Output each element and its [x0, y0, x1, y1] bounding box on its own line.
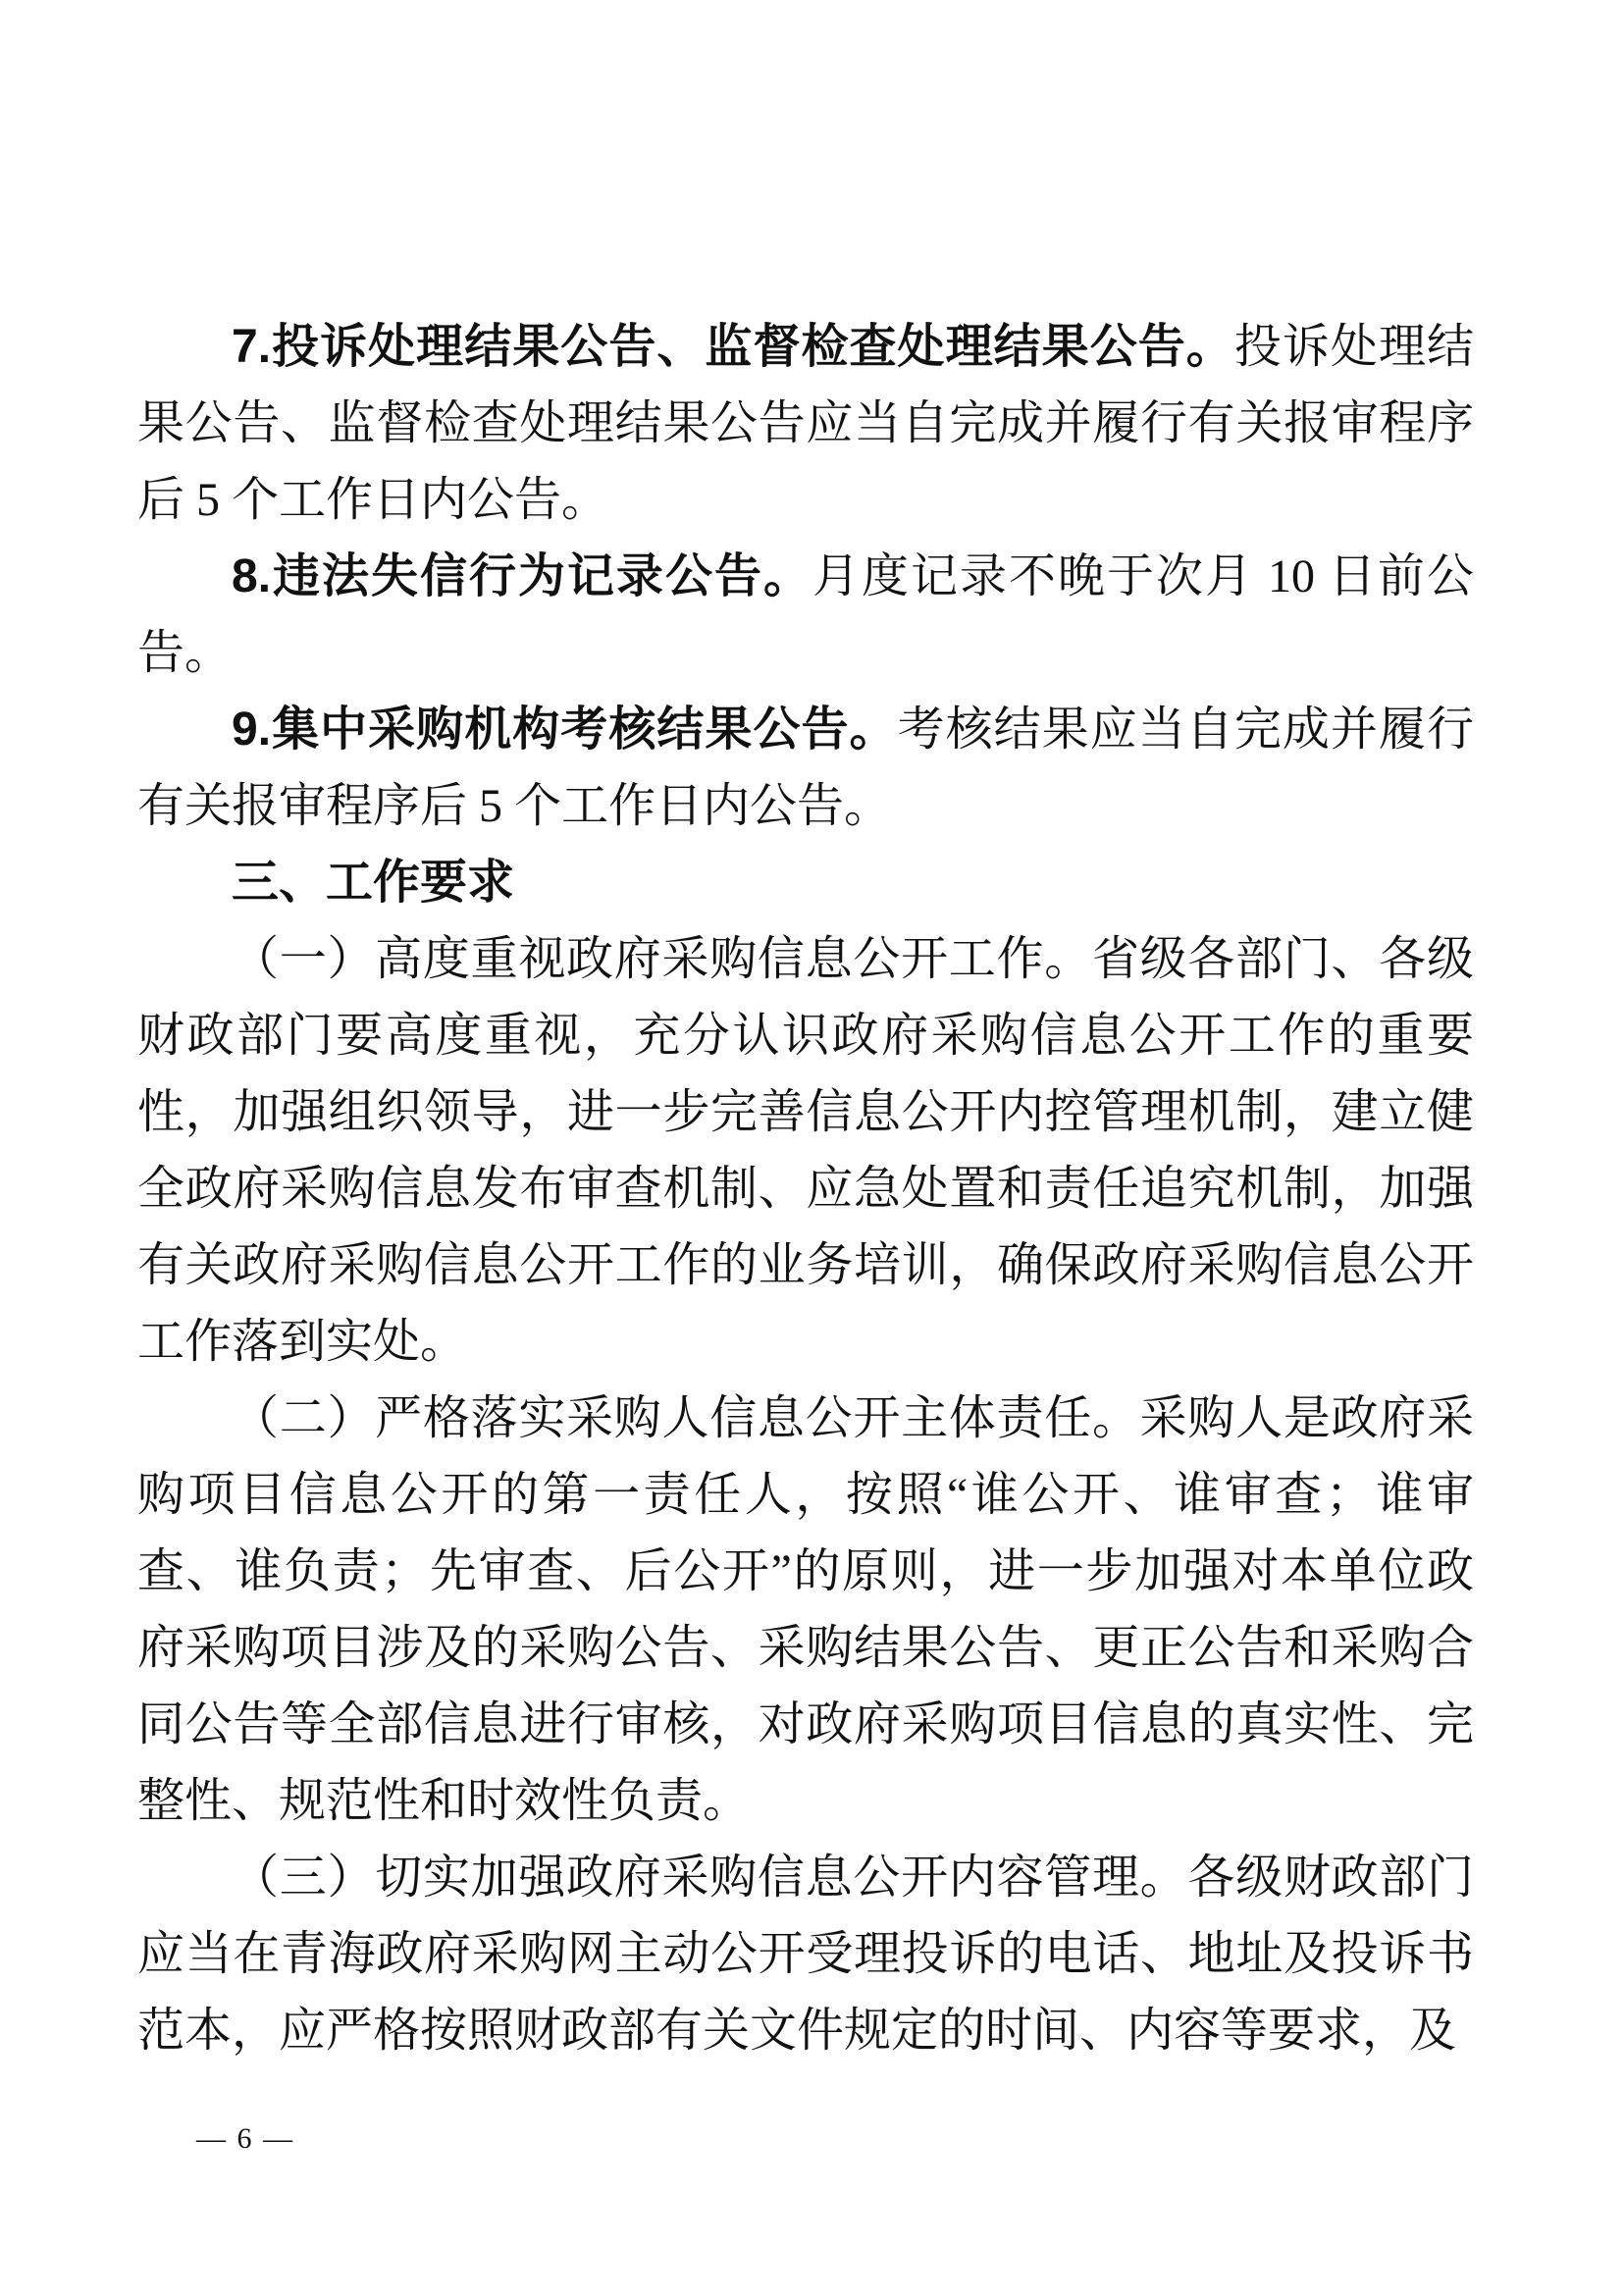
document-body: 7.投诉处理结果公告、监督检查处理结果公告。投诉处理结果公告、监督检查处理结果公…: [137, 309, 1474, 2069]
paragraph-er-lead: （二）严格落实采购人信息公开主体责任。: [232, 1392, 1140, 1444]
document-page: 7.投诉处理结果公告、监督检查处理结果公告。投诉处理结果公告、监督检查处理结果公…: [0, 0, 1624, 2296]
paragraph-item-er: （二）严格落实采购人信息公开主体责任。采购人是政府采购项目信息公开的第一责任人，…: [137, 1381, 1474, 1840]
paragraph-yi-body: 省级各部门、各级财政部门要高度重视，充分认识政府采购信息公开工作的重要性，加强组…: [137, 933, 1474, 1368]
paragraph-7-lead: 7.投诉处理结果公告、监督检查处理结果公告。: [232, 321, 1234, 373]
paragraph-yi-lead: （一）高度重视政府采购信息公开工作。: [232, 933, 1092, 985]
paragraph-9-lead: 9.集中采购机构考核结果公告。: [232, 704, 898, 756]
paragraph-8-lead: 8.违法失信行为记录公告。: [232, 550, 812, 602]
paragraph-er-body: 采购人是政府采购项目信息公开的第一责任人，按照“谁公开、谁审查；谁审查、谁负责；…: [137, 1392, 1474, 1827]
paragraph-item-yi: （一）高度重视政府采购信息公开工作。省级各部门、各级财政部门要高度重视，充分认识…: [137, 921, 1474, 1381]
paragraph-item-8: 8.违法失信行为记录公告。月度记录不晚于次月 10 日前公告。: [137, 539, 1474, 692]
paragraph-item-9: 9.集中采购机构考核结果公告。考核结果应当自完成并履行有关报审程序后 5 个工作…: [137, 692, 1474, 845]
paragraph-item-san: （三）切实加强政府采购信息公开内容管理。各级财政部门应当在青海政府采购网主动公开…: [137, 1840, 1474, 2069]
page-number: — 6 —: [196, 2119, 294, 2159]
paragraph-item-7: 7.投诉处理结果公告、监督检查处理结果公告。投诉处理结果公告、监督检查处理结果公…: [137, 309, 1474, 539]
paragraph-san-lead: （三）切实加强政府采购信息公开内容管理。: [232, 1852, 1187, 1904]
section-heading: 三、工作要求: [137, 845, 1474, 921]
